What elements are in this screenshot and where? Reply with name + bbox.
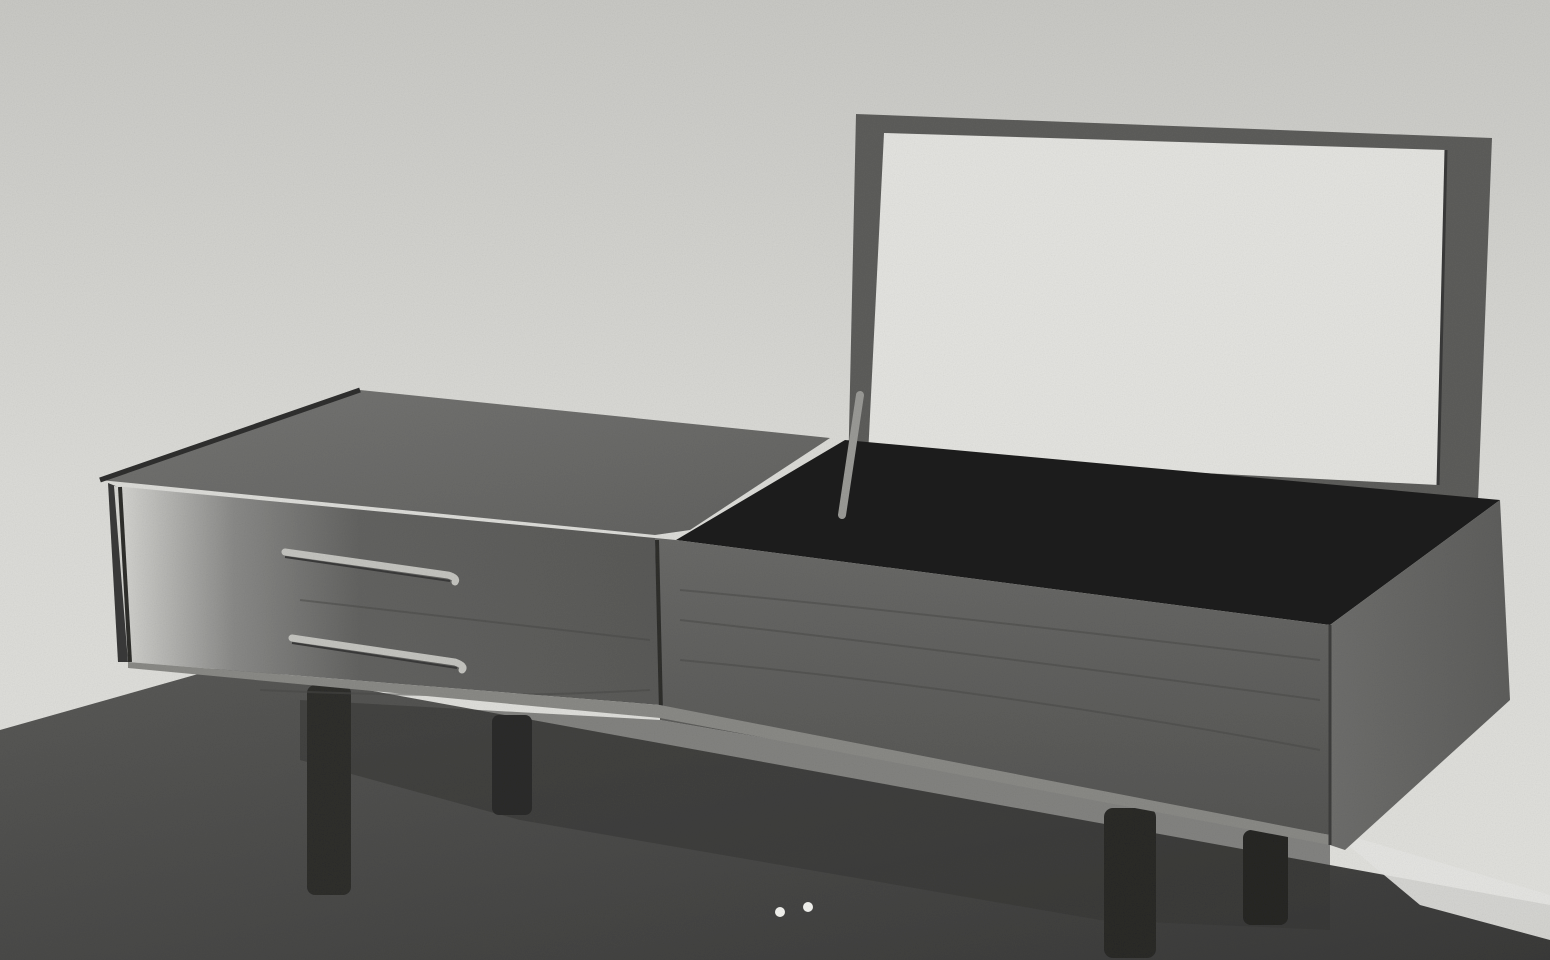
leg-back-right — [1243, 830, 1288, 925]
mirror-glass — [868, 133, 1446, 485]
mirror-lid — [848, 114, 1492, 502]
leg-front-right — [1104, 808, 1156, 958]
photo-scene — [0, 0, 1550, 960]
leg-front-left — [307, 685, 351, 895]
leg-back-left — [492, 715, 532, 815]
